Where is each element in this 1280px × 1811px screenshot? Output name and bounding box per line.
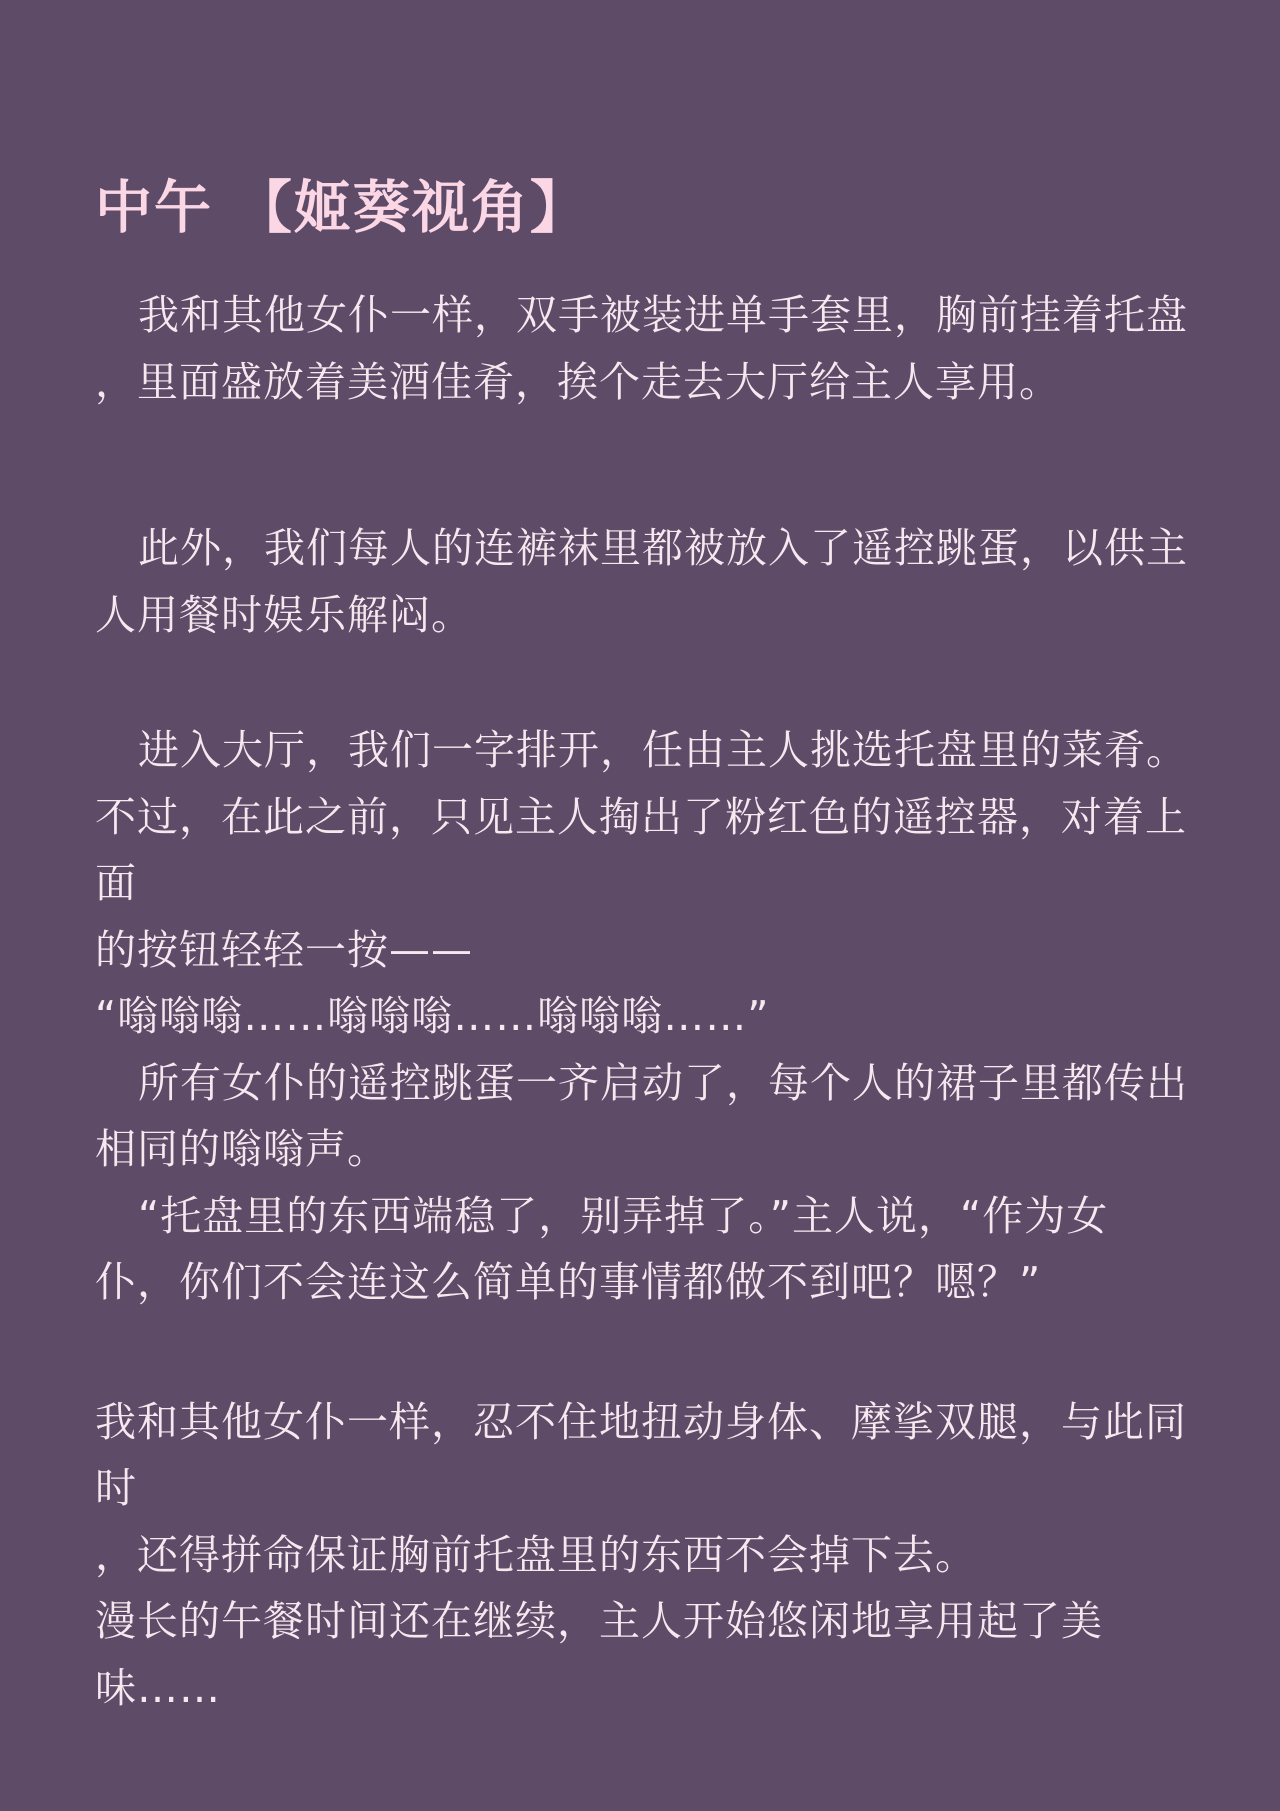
paragraph: 我和其他女仆一样，双手被装进单手套里，胸前挂着托盘 ，里面盛放着美酒佳肴，挨个走… bbox=[95, 282, 1192, 415]
paragraph-quote: “托盘里的东西端稳了，别弄掉了。”主人说，“作为女 仆，你们不会连这么简单的事情… bbox=[95, 1183, 1192, 1316]
paragraph: 漫长的午餐时间还在继续，主人开始悠闲地享用起了美味…… bbox=[95, 1588, 1192, 1721]
story-page: 中午 【姬葵视角】 我和其他女仆一样，双手被装进单手套里，胸前挂着托盘 ，里面盛… bbox=[0, 0, 1280, 1811]
paragraph: 所有女仆的遥控跳蛋一齐启动了，每个人的裙子里都传出 相同的嗡嗡声。 bbox=[95, 1050, 1192, 1183]
paragraph-quote: “嗡嗡嗡……嗡嗡嗡……嗡嗡嗡……” bbox=[95, 983, 1192, 1050]
paragraph: 此外，我们每人的连裤袜里都被放入了遥控跳蛋，以供主 人用餐时娱乐解闷。 bbox=[95, 515, 1192, 648]
paragraph: 进入大厅，我们一字排开，任由主人挑选托盘里的菜肴。 不过，在此之前，只见主人掏出… bbox=[95, 717, 1192, 983]
paragraph: 我和其他女仆一样，忍不住地扭动身体、摩挲双腿，与此同时 ，还得拼命保证胸前托盘里… bbox=[95, 1389, 1192, 1589]
page-title: 中午 【姬葵视角】 bbox=[95, 172, 1192, 244]
